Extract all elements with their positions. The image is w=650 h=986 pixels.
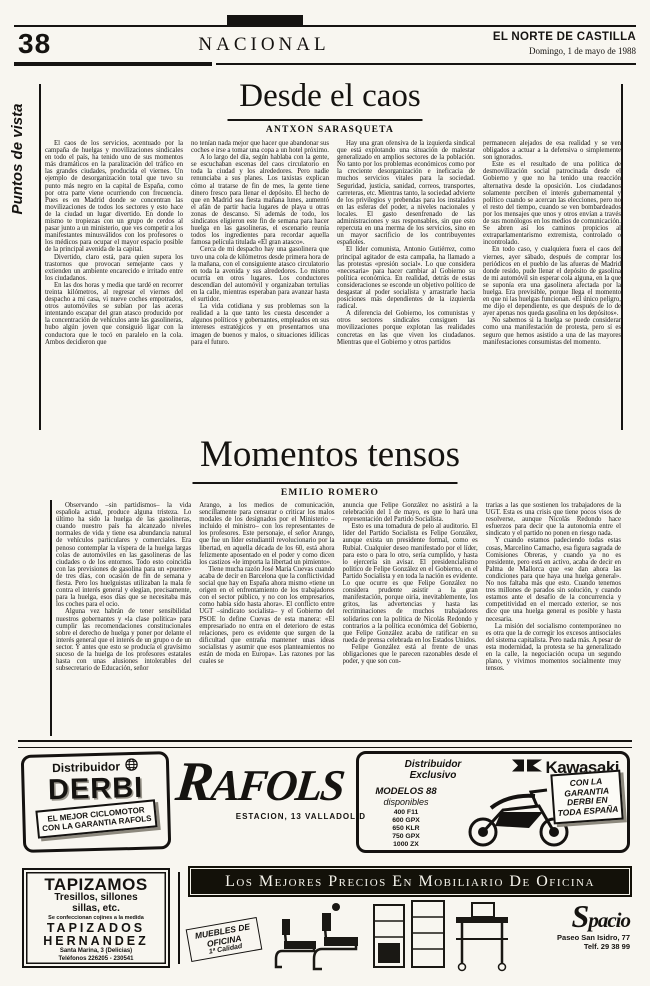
tapizados-headline: TAPIZAMOS: [24, 877, 168, 893]
header-bottom-rule: [216, 63, 636, 65]
article1-column-1: El caos de los servicios, acentuado por …: [45, 140, 183, 434]
mobiliario-body: MUEBLES DE OFICINA 1ª Calidad: [188, 897, 632, 975]
masthead: EL NORTE DE CASTILLA: [430, 31, 636, 43]
right-column-rule: [621, 84, 623, 430]
page-number-bar: [14, 62, 212, 66]
header-top-rule: [14, 25, 636, 27]
derbi-ad: Distribuidor DERBI EL MEJOR CICLOMOTOR C…: [21, 751, 172, 853]
tapizados-address: Santa Marina, 3 (Delicias): [24, 948, 168, 956]
newspaper-page: 38 NACIONAL EL NORTE DE CASTILLA Domingo…: [0, 0, 650, 986]
article2-left-rule: [50, 500, 52, 736]
tapizados-line2: sillas, etc.: [24, 904, 168, 915]
mobiliario-banner: Los Mejores Precios En Mobiliario De Ofi…: [188, 866, 632, 897]
article2-column-4: trarias a las que sostienen los trabajad…: [486, 502, 621, 736]
sidebar-label-puntos-de-vista: Puntos de vista: [9, 88, 35, 230]
kawasaki-models-list: 400 F11600 GPX650 KLR750 GPX1000 ZX: [363, 809, 449, 849]
article1-author: ANTXON SARASQUETA: [40, 125, 620, 135]
left-column-rule: [39, 84, 41, 430]
header-black-block: [227, 15, 303, 26]
article2-column-2: Arango, a los medios de comunicación, se…: [199, 502, 334, 736]
rafols-address: ESTACION, 13 VALLADOLID: [170, 812, 370, 821]
article1-column-3: Hay una gran ofensiva de la izquierda si…: [337, 140, 475, 434]
kawasaki-flag-icon: [512, 758, 542, 778]
ads-separator-rule: [18, 740, 632, 748]
mobiliario-oficina-ad: Los Mejores Precios En Mobiliario De Ofi…: [188, 866, 632, 974]
furniture-illustration: [266, 899, 516, 978]
article1-title: Desde el caos: [40, 78, 620, 115]
article2-title-rule: [193, 482, 458, 484]
rafols-brand: RAFOLS: [173, 756, 373, 812]
kawasaki-models-subtitle: disponibles: [363, 797, 449, 807]
kawasaki-guarantee-plate: CON LA GARANTIA DERBI EN TODA ESPAÑA: [550, 770, 623, 825]
muebles-oficina-sign: MUEBLES DE OFICINA 1ª Calidad: [186, 917, 262, 962]
article1-title-rule: [228, 119, 423, 121]
spacio-address: Paseo San Isidro, 77: [557, 933, 630, 942]
article2-title: Momentos tensos: [40, 433, 620, 476]
spacio-block: Spacio Paseo San Isidro, 77 Telf. 29 38 …: [557, 903, 630, 951]
article2-column-3: anuncia que Felipe González no asistirá …: [343, 502, 478, 736]
rafols-ad: RAFOLS ESTACION, 13 VALLADOLID: [170, 756, 370, 852]
tapizados-phones: Teléfonos 226205 - 230541: [24, 956, 168, 964]
article1-columns: El caos de los servicios, acentuado por …: [45, 140, 621, 434]
tapizados-line1: Tresillos, sillones: [24, 893, 168, 904]
ads-vertical-divider: [178, 872, 180, 964]
kawasaki-models-title: MODELOS 88: [363, 786, 449, 797]
spacio-phone: Telf. 29 38 99: [557, 942, 630, 951]
edition-date: Domingo, 1 de mayo de 1988: [430, 46, 636, 56]
article2-column-1: Observando –sin partidismos– la vida esp…: [56, 502, 191, 736]
kawasaki-distributor-label: Distribuidor Exclusivo: [401, 759, 465, 781]
kawasaki-models-block: MODELOS 88 disponibles 400 F11600 GPX650…: [363, 786, 449, 849]
article1-column-4: permanecen alejados de esa realidad y se…: [483, 140, 621, 434]
kawasaki-ad: Distribuidor Exclusivo Kawasaki MODELOS …: [356, 751, 630, 853]
section-title: NACIONAL: [178, 34, 350, 56]
tapizados-name-2: HERNANDEZ: [24, 935, 168, 948]
article2-author: EMILIO ROMERO: [40, 488, 620, 498]
spacio-brand: Spacio: [557, 903, 630, 933]
page-number: 38: [18, 28, 51, 60]
article2-columns: Observando –sin partidismos– la vida esp…: [56, 502, 621, 736]
article1-column-2: no tenían nada mejor que hacer que aband…: [191, 140, 329, 434]
tapizados-ad: TAPIZAMOS Tresillos, sillones sillas, et…: [22, 868, 170, 968]
